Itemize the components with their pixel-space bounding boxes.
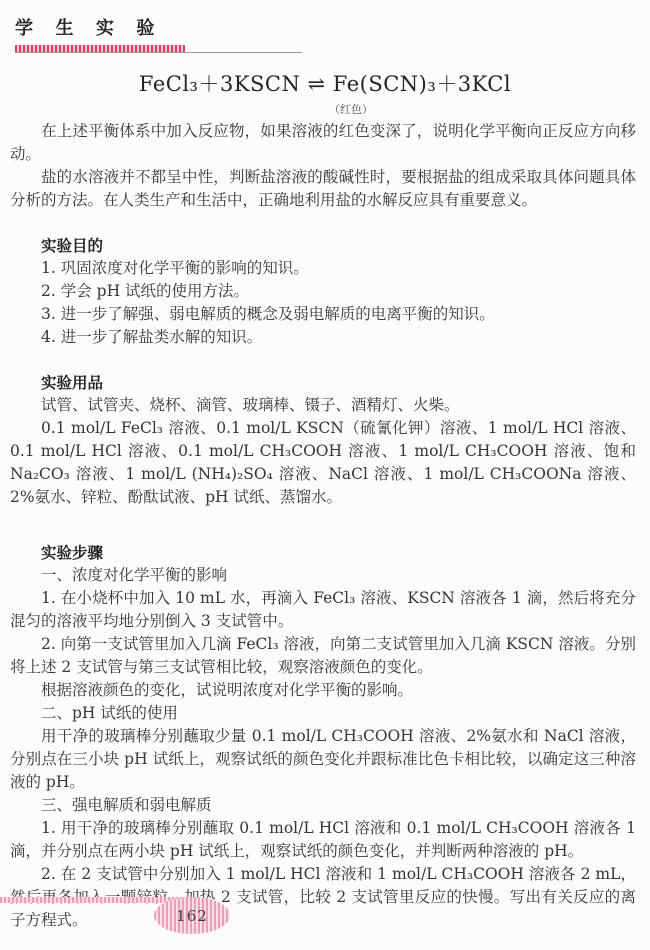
steps-part3-step1: 1. 用干净的玻璃棒分别蘸取 0.1 mol/L HCl 溶液和 0.1 mol… xyxy=(10,817,636,863)
footer-stripe-bar xyxy=(0,897,188,903)
steps-part2-title: 二、pH 试纸的使用 xyxy=(10,702,636,725)
chemical-equation: FeCl₃＋3KSCN ⇌ Fe(SCN)₃＋3KCl xyxy=(0,68,650,98)
purpose-item-2: 2. 学会 pH 试纸的使用方法。 xyxy=(10,280,636,303)
purpose-item-3: 3. 进一步了解强、弱电解质的概念及弱电解质的电离平衡的知识。 xyxy=(10,303,636,326)
header-rule xyxy=(15,45,650,55)
equation-color-note: （红色） xyxy=(26,101,650,117)
page-number-badge: 162 xyxy=(154,897,230,934)
steps-part3-title: 三、强电解质和弱电解质 xyxy=(10,794,636,817)
page-title: 学 生 实 验 xyxy=(15,14,650,40)
intro-paragraph-1: 在上述平衡体系中加入反应物，如果溶液的红色变深了，说明化学平衡向正反应方向移动。 xyxy=(10,120,636,166)
steps-part1-step2: 2. 向第一支试管里加入几滴 FeCl₃ 溶液，向第二支试管里加入几滴 KSCN… xyxy=(10,633,636,679)
header-rule-line xyxy=(15,52,302,53)
steps-part1-step1: 1. 在小烧杯中加入 10 mL 水，再滴入 FeCl₃ 溶液、KSCN 溶液各… xyxy=(10,587,636,633)
purpose-item-1: 1. 巩固浓度对化学平衡的影响的知识。 xyxy=(10,257,636,280)
steps-part1-note: 根据溶液颜色的变化，试说明浓度对化学平衡的影响。 xyxy=(10,679,636,702)
section-heading-purpose: 实验目的 xyxy=(10,234,636,257)
section-heading-supplies: 实验用品 xyxy=(10,371,636,394)
purpose-item-4: 4. 进一步了解盐类水解的知识。 xyxy=(10,326,636,349)
intro-paragraph-2: 盐的水溶液并不都呈中性，判断盐溶液的酸碱性时，要根据盐的组成采取具体问题具体分析… xyxy=(10,166,636,212)
supplies-equipment: 试管、试管夹、烧杯、滴管、玻璃棒、镊子、酒精灯、火柴。 xyxy=(10,394,636,417)
steps-part1-title: 一、浓度对化学平衡的影响 xyxy=(10,564,636,587)
textbook-page: 学 生 实 验 FeCl₃＋3KSCN ⇌ Fe(SCN)₃＋3KCl （红色）… xyxy=(0,0,650,950)
supplies-reagents: 0.1 mol/L FeCl₃ 溶液、0.1 mol/L KSCN（硫氰化钾）溶… xyxy=(10,417,636,509)
page-content: 在上述平衡体系中加入反应物，如果溶液的红色变深了，说明化学平衡向正反应方向移动。… xyxy=(0,117,650,932)
section-heading-steps: 实验步骤 xyxy=(10,541,636,564)
page-number: 162 xyxy=(176,907,208,925)
header-stripe-bar xyxy=(15,45,185,52)
page-header: 学 生 实 验 xyxy=(0,0,650,55)
steps-part2-step1: 用干净的玻璃棒分别蘸取少量 0.1 mol/L CH₃COOH 溶液、2%氨水和… xyxy=(10,725,636,794)
chemical-equation-block: FeCl₃＋3KSCN ⇌ Fe(SCN)₃＋3KCl （红色） xyxy=(0,68,650,117)
